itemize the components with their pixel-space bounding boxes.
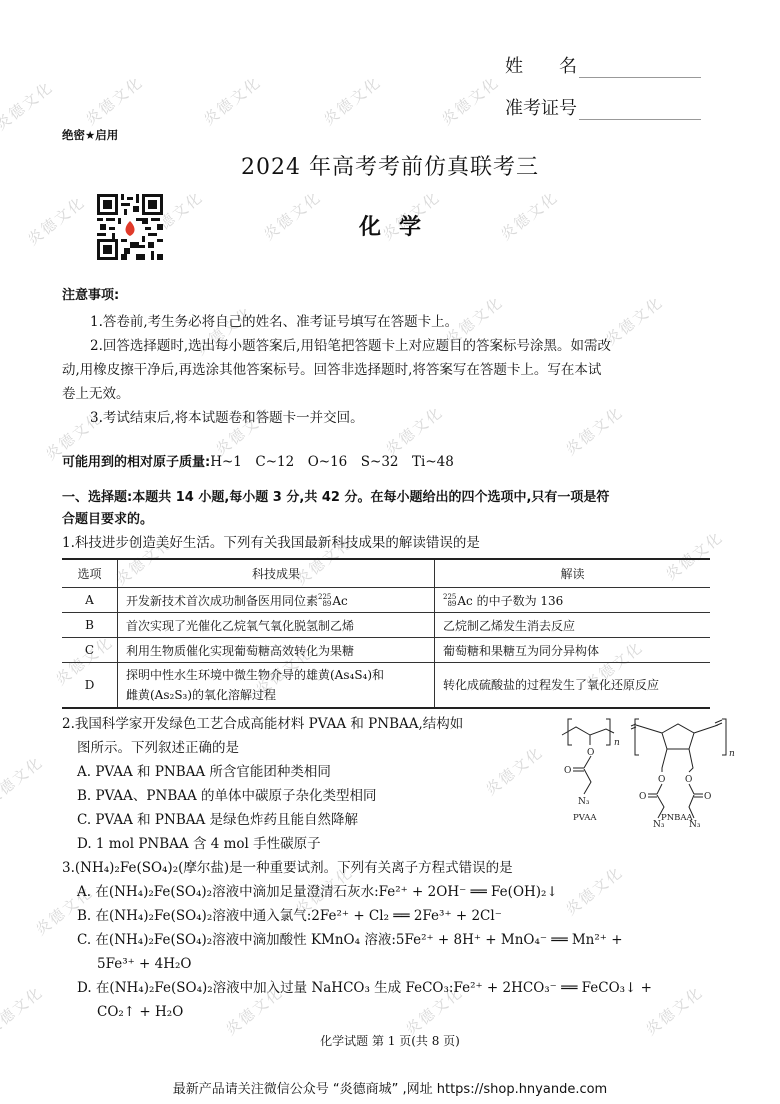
svg-text:n: n: [614, 738, 620, 748]
page-number: 化学试题 第 1 页(共 8 页): [0, 1032, 780, 1049]
question-2-option-b[interactable]: B. PVAA、PNBAA 的单体中碳原子杂化类型相同: [77, 784, 377, 808]
table-row: C 利用生物质催化实现葡萄糖高效转化为果糖 葡萄糖和果糖互为同分异构体: [62, 638, 710, 663]
svg-text:O: O: [658, 775, 665, 785]
section-heading: 一、选择题:本题共 14 小题,每小题 3 分,共 42 分。在每小题给出的四个…: [62, 486, 609, 510]
name-field[interactable]: 姓 名: [505, 52, 701, 78]
question-2-option-a[interactable]: A. PVAA 和 PNBAA 所含官能团种类相同: [77, 760, 331, 784]
svg-text:O: O: [587, 748, 594, 758]
notice-item: 3.考试结束后,将本试题卷和答题卡一并交回。: [90, 406, 364, 430]
question-1-stem: 1.科技进步创造美好生活。下列有关我国最新科技成果的解读错误的是: [62, 531, 480, 555]
page-title: 2024 年高考考前仿真联考三: [0, 150, 780, 181]
watermark: 炎德文化: [0, 76, 57, 134]
subject-title: 化学: [0, 210, 780, 241]
watermark: 炎德文化: [319, 71, 386, 129]
atomic-mass-values: H~1 C~12 O~16 S~32 Ti~48: [210, 454, 454, 470]
table-header: 科技成果: [118, 559, 435, 588]
secret-label: 绝密★启用: [62, 127, 118, 143]
name-input-line[interactable]: [579, 57, 701, 78]
watermark: 炎德文化: [199, 71, 266, 129]
exam-id-field[interactable]: 准考证号: [505, 94, 701, 120]
watermark: 炎德文化: [561, 861, 628, 919]
notice-heading: 注意事项:: [62, 284, 119, 308]
svg-text:O: O: [639, 792, 646, 802]
watermark: 炎德文化: [0, 981, 47, 1039]
promo-footer: 最新产品请关注微信公众号 “炎德商城” ,网址 https://shop.hny…: [0, 1078, 780, 1097]
section-heading-cont: 合题目要求的。: [62, 508, 153, 532]
notice-item: 动,用橡皮擦干净后,再选涂其他答案标号。回答非选择题时,将答案写在答题卡上。写在…: [62, 358, 601, 382]
svg-text:PVAA: PVAA: [573, 813, 597, 823]
question-3-option-b[interactable]: B. 在(NH₄)₂Fe(SO₄)₂溶液中通入氯气:2Fe²⁺ + Cl₂ ══…: [77, 904, 502, 928]
svg-text:O: O: [564, 766, 571, 776]
svg-text:O: O: [685, 775, 692, 785]
polymer-structure-figure: n O O N₃ PVAA n O O O O N₃ N₃ PNBAA: [558, 712, 736, 830]
exam-id-label: 准考证号: [505, 94, 577, 120]
notice-item: 1.答卷前,考生务必将自己的姓名、准考证号填写在答题卡上。: [90, 310, 458, 334]
watermark: 炎德文化: [481, 741, 548, 799]
svg-text:n: n: [729, 749, 735, 759]
table-header: 解读: [435, 559, 711, 588]
atomic-mass-line: 可能用到的相对原子质量:H~1 C~12 O~16 S~32 Ti~48: [62, 450, 454, 475]
svg-text:N₃: N₃: [578, 797, 590, 807]
question-3-option-c-cont: 5Fe³⁺ + 4H₂O: [97, 952, 191, 976]
table-header: 选项: [62, 559, 118, 588]
question-2-stem-cont: 图所示。下列叙述正确的是: [77, 736, 239, 760]
watermark: 炎德文化: [81, 71, 148, 129]
question-2-stem: 2.我国科学家开发绿色工艺合成高能材料 PVAA 和 PNBAA,结构如: [62, 712, 463, 736]
watermark: 炎德文化: [561, 401, 628, 459]
table-row: B 首次实现了光催化乙烷氧气氧化脱氢制乙烯 乙烷制乙烯发生消去反应: [62, 613, 710, 638]
svg-text:PNBAA: PNBAA: [661, 813, 694, 823]
question-3-stem: 3.(NH₄)₂Fe(SO₄)₂(摩尔盐)是一种重要试剂。下列有关离子方程式错误…: [62, 856, 513, 880]
notice-item: 2.回答选择题时,选出每小题答案后,用铅笔把答题卡上对应题目的答案标号涂黑。如需…: [90, 334, 611, 358]
question-3-option-d[interactable]: D. 在(NH₄)₂Fe(SO₄)₂溶液中加入过量 NaHCO₃ 生成 FeCO…: [77, 976, 652, 1000]
question-1-table: 选项 科技成果 解读 A 开发新技术首次成功制备医用同位素22589Ac 225…: [62, 558, 710, 709]
question-3-option-a[interactable]: A. 在(NH₄)₂Fe(SO₄)₂溶液中滴加足量澄清石灰水:Fe²⁺ + 2O…: [77, 880, 558, 904]
svg-text:O: O: [704, 792, 711, 802]
exam-id-input-line[interactable]: [579, 99, 701, 120]
name-label: 姓 名: [505, 52, 577, 78]
table-row: A 开发新技术首次成功制备医用同位素22589Ac 22589Ac 的中子数为 …: [62, 588, 710, 613]
question-2-option-d[interactable]: D. 1 mol PNBAA 含 4 mol 手性碳原子: [77, 832, 321, 856]
atomic-mass-label: 可能用到的相对原子质量:: [62, 455, 210, 470]
question-3-option-c[interactable]: C. 在(NH₄)₂Fe(SO₄)₂溶液中滴加酸性 KMnO₄ 溶液:5Fe²⁺…: [77, 928, 623, 952]
table-row: D 探明中性水生环境中微生物介导的雄黄(As₄S₄)和雌黄(As₂S₃)的氧化溶…: [62, 663, 710, 709]
question-3-option-d-cont: CO₂↑ + H₂O: [97, 1000, 183, 1024]
watermark: 炎德文化: [0, 751, 47, 809]
question-2-option-c[interactable]: C. PVAA 和 PNBAA 是绿色炸药且能自然降解: [77, 808, 358, 832]
watermark: 炎德文化: [437, 71, 504, 129]
notice-item: 卷上无效。: [62, 382, 130, 406]
